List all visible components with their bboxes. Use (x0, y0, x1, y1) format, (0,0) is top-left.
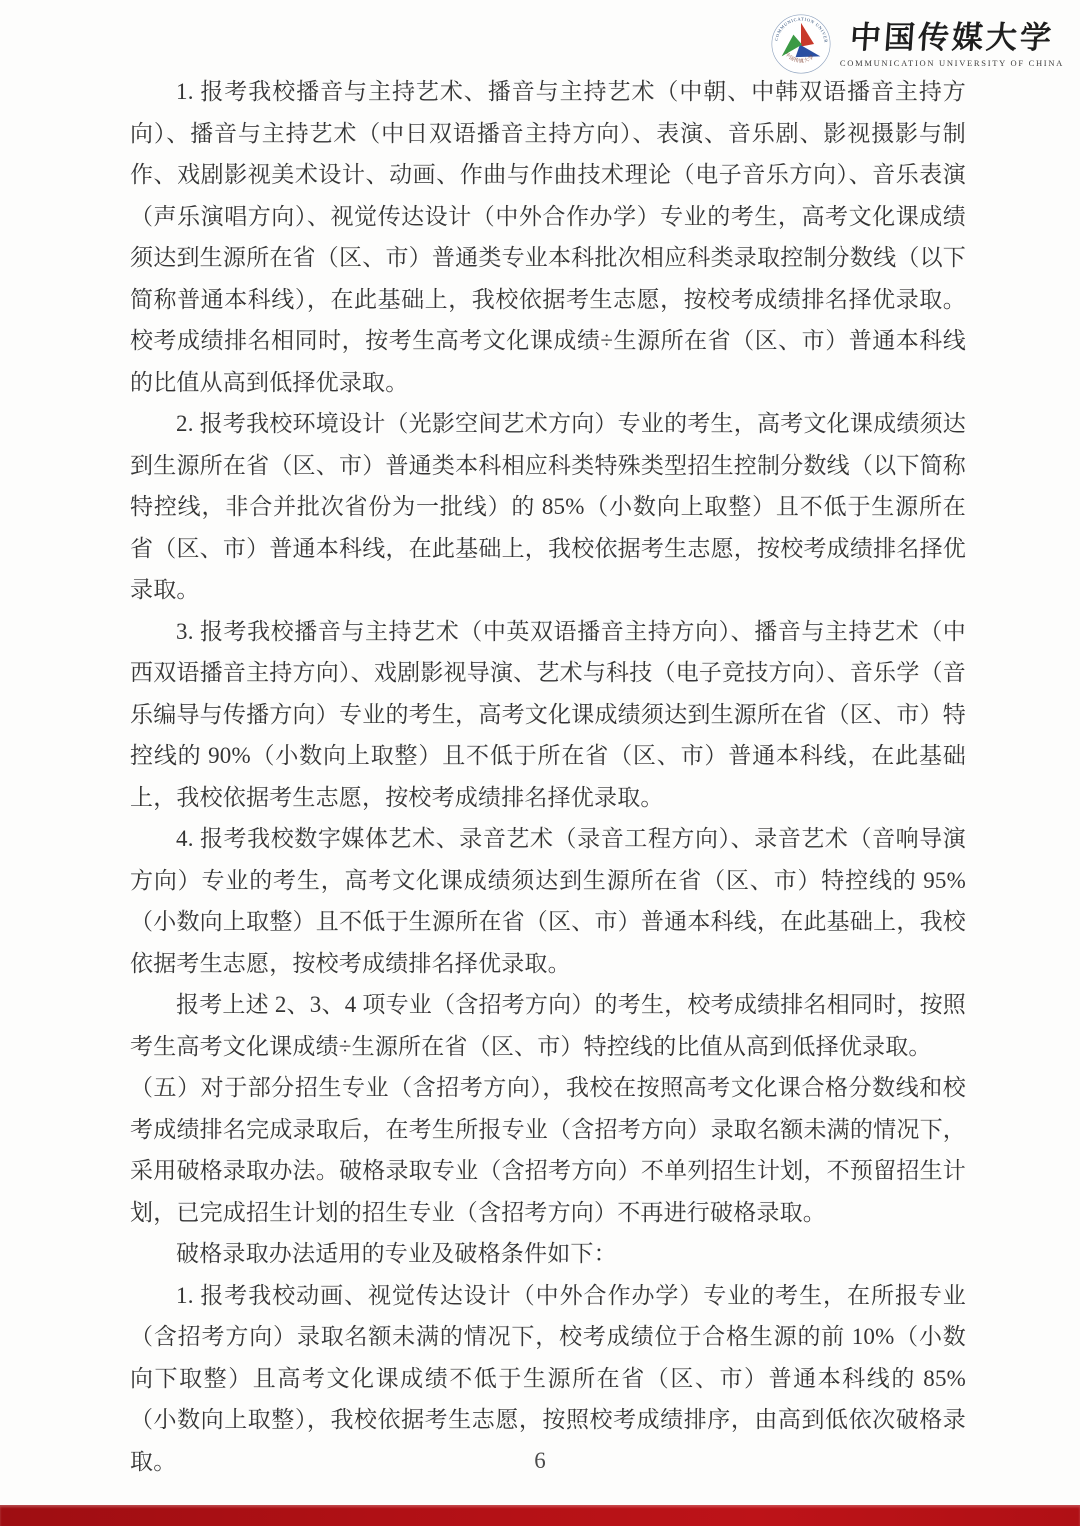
page-number: 6 (0, 1448, 1080, 1474)
paragraph: 报考上述 2、3、4 项专业（含招考方向）的考生，校考成绩排名相同时，按照考生高… (130, 984, 966, 1067)
document-body: 1. 报考我校播音与主持艺术、播音与主持艺术（中朝、中韩双语播音主持方向）、播音… (130, 71, 966, 1482)
paragraph: 2. 报考我校环境设计（光影空间艺术方向）专业的考生，高考文化课成绩须达到生源所… (130, 403, 966, 611)
university-logo: COMMUNICATION UNIVERSITY OF CHINA 中国传媒大学… (770, 12, 1064, 76)
paragraph: 4. 报考我校数字媒体艺术、录音艺术（录音工程方向）、录音艺术（音响导演方向）专… (130, 818, 966, 984)
document-page: COMMUNICATION UNIVERSITY OF CHINA 中国传媒大学… (0, 0, 1080, 1526)
paragraph: 1. 报考我校播音与主持艺术、播音与主持艺术（中朝、中韩双语播音主持方向）、播音… (130, 71, 966, 403)
university-name-en: COMMUNICATION UNIVERSITY OF CHINA (840, 58, 1064, 68)
paragraph: 破格录取办法适用的专业及破格条件如下： (130, 1233, 966, 1275)
cuc-emblem-icon: COMMUNICATION UNIVERSITY OF CHINA 中国传媒大学 (770, 12, 832, 76)
footer-red-bar (0, 1505, 1080, 1526)
paragraph: （五）对于部分招生专业（含招考方向），我校在按照高考文化课合格分数线和校考成绩排… (130, 1067, 966, 1233)
paragraph: 3. 报考我校播音与主持艺术（中英双语播音主持方向）、播音与主持艺术（中西双语播… (130, 611, 966, 819)
university-name-cn: 中国传媒大学 (849, 21, 1055, 55)
